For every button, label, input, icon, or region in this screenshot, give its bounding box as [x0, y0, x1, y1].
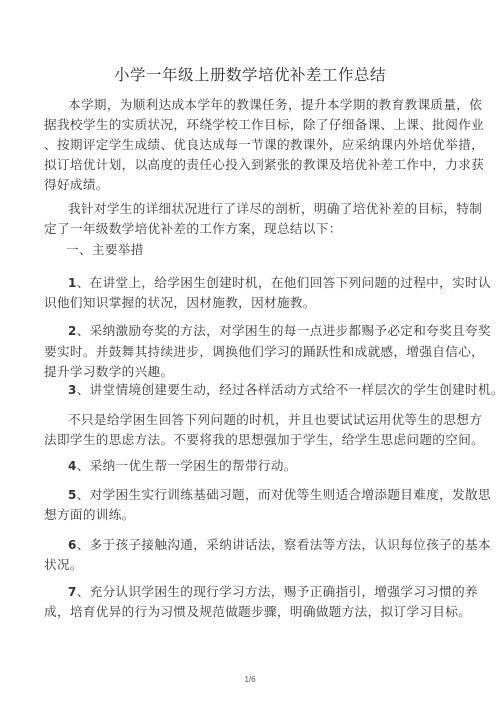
item-2-continuation: 要实时。并鼓舞其持续进步，调换他们学习的踊跃性和成就感，增强自信心，: [44, 344, 484, 360]
intro-line: 本学期，为顺利达成本学年的教课任务，提升本学期的教育教课质量，依: [68, 97, 482, 113]
item-text: 、采纳激励夸奖的方法，对学困生的每一点进步都赐予必定和夸奖且夸奖: [77, 323, 491, 338]
item-text: 、充分认识学困生的现行学习方法，赐予正确指引，增强学习习惯的养: [77, 584, 478, 599]
page-number: 1/6: [0, 675, 500, 684]
item-number: 6: [68, 538, 77, 552]
list-item-7: 7、充分认识学困生的现行学习方法，赐予正确指引，增强学习习惯的养: [68, 584, 478, 600]
item-1-continuation: 识他们知识掌握的状况，因材施教，因材施教。: [44, 295, 316, 311]
intro-line: 、按期评定学生成绩、优良达成每一节课的教课外，应采纳课内外培优举措，: [44, 137, 484, 153]
analysis-line: 我针对学生的详细状况进行了详尽的剖析，明确了培优补差的目标，特制: [68, 201, 482, 217]
list-item-1: 1、在讲堂上，给学困生创建时机，在他们回答下列问题的过程中，实时认: [68, 275, 491, 291]
item-5-continuation: 想方面的训练。: [44, 507, 135, 523]
document-page: 小学一年级上册数学培优补差工作总结 本学期，为顺利达成本学年的教课任务，提升本学…: [0, 0, 500, 708]
item-number: 3: [68, 383, 77, 397]
list-item-4: 4、采纳一优生帮一学困生的帮带行动。: [68, 458, 297, 474]
intro-line: 得好成绩。: [44, 177, 109, 193]
list-item-2: 2、采纳激励夸奖的方法，对学困生的每一点进步都赐予必定和夸奖且夸奖: [68, 323, 491, 339]
item-number: 1: [68, 276, 77, 290]
list-item-6: 6、多于孩子接触沟通，采纳讲话法，察看法等方法，认识每位孩子的基本: [68, 537, 491, 553]
item-2-continuation: 提升学习数学的兴趣。: [44, 364, 173, 380]
item-7-continuation: 成，培育优异的行为习惯及规范做题步骤，明确做题方法，拟订学习目标。: [44, 604, 471, 620]
list-item-5: 5、对学困生实行训练基础习题，而对优等生则适合增添题目难度，发散思: [68, 487, 491, 503]
item-3-detail-line: 法即学生的思虑方法。不要将我的思想强加于学生，给学生思虑问题的空间。: [44, 432, 484, 448]
document-title: 小学一年级上册数学培优补差工作总结: [0, 63, 500, 85]
item-text: 、多于孩子接触沟通，采纳讲话法，察看法等方法，认识每位孩子的基本: [77, 537, 491, 552]
item-3-detail-line: 不只是给学困生回答下列问题的时机，并且也要试试运用优等生的思想方: [68, 412, 482, 428]
item-number: 5: [68, 488, 77, 502]
item-6-continuation: 状况。: [44, 557, 83, 573]
item-text: 、对学困生实行训练基础习题，而对优等生则适合增添题目难度，发散思: [77, 487, 491, 502]
item-text: 、讲堂情境创建要生动，经过各样活动方式给不一样层次的学生创建时机。: [77, 382, 500, 397]
item-number: 4: [68, 459, 77, 473]
item-text: 、在讲堂上，给学困生创建时机，在他们回答下列问题的过程中，实时认: [77, 275, 491, 290]
intro-line: 拟订培优计划，以高度的责任心投入到紧张的教课及培优补差工作中，力求获: [44, 157, 484, 173]
intro-line: 据我校学生的实质状况，环绕学校工作目标，除了仔细备课、上课、批阅作业: [44, 117, 484, 133]
item-number: 7: [68, 585, 77, 599]
item-text: 、采纳一优生帮一学困生的帮带行动。: [77, 458, 297, 473]
item-number: 2: [68, 324, 77, 338]
list-item-3: 3、讲堂情境创建要生动，经过各样活动方式给不一样层次的学生创建时机。: [68, 382, 500, 398]
analysis-line: 定了一年级数学培优补差的工作方案，现总结以下：: [44, 221, 342, 237]
section-heading: 一、主要举措: [66, 242, 144, 258]
